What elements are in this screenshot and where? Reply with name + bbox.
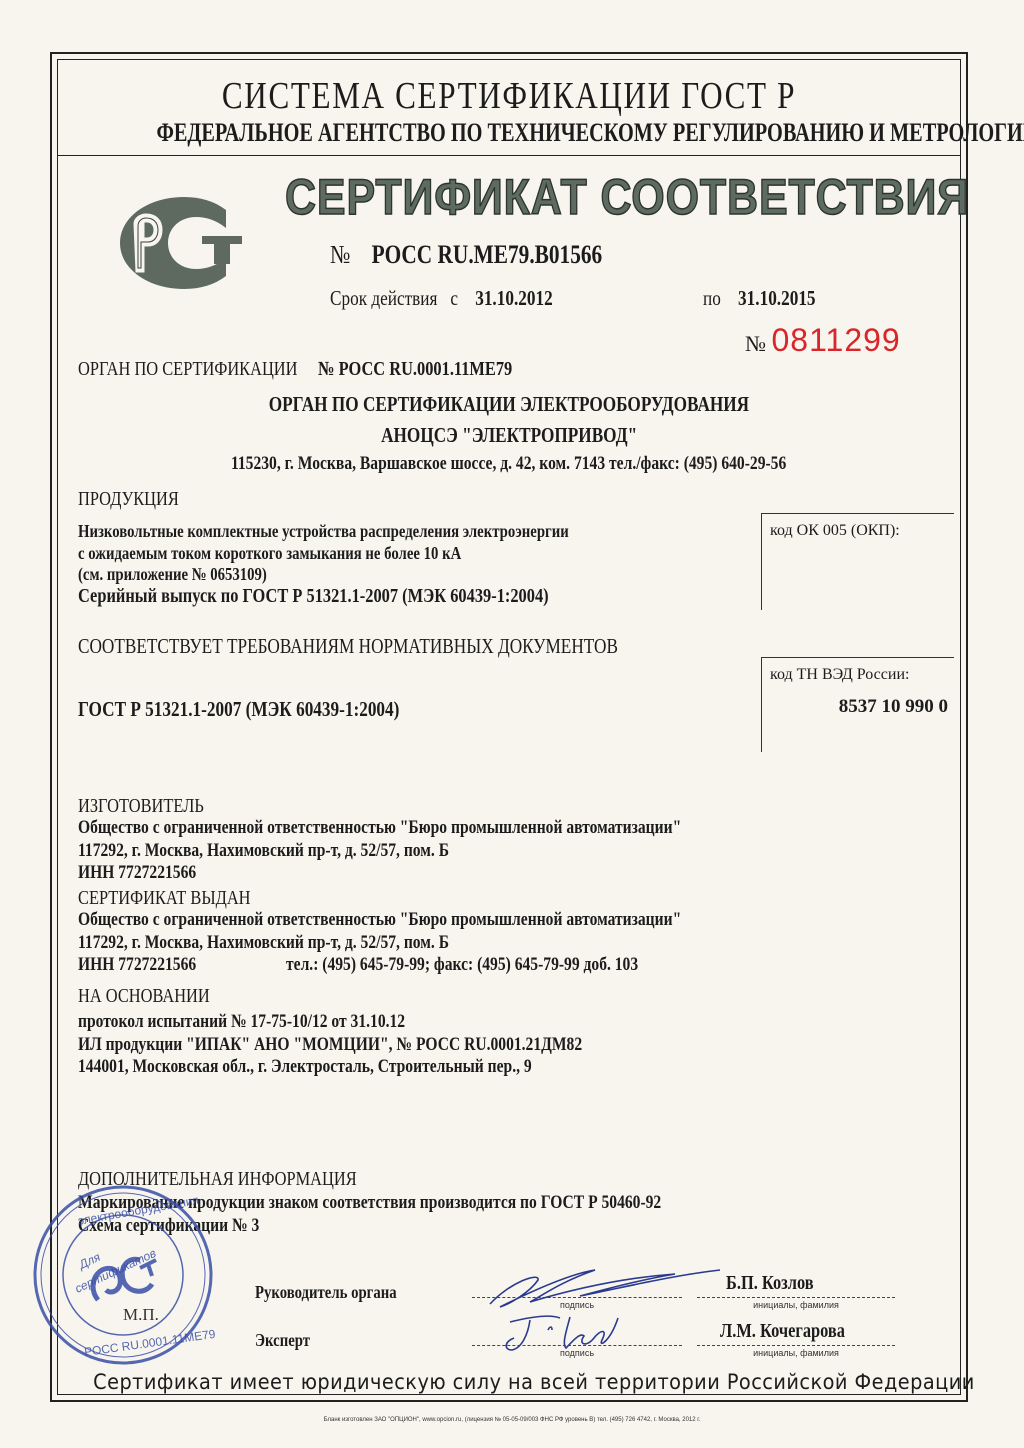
issued-to-inn: ИНН 7727221566: [78, 954, 196, 977]
issued-to-label: СЕРТИФИКАТ ВЫДАН: [78, 887, 288, 910]
rst-gost-mark-icon: [118, 196, 244, 290]
certificate-number: РОСС RU.МЕ79.В01566: [372, 240, 603, 269]
legal-note: Сертификат имеет юридическую силу на все…: [93, 1370, 925, 1394]
svg-text:Для: Для: [75, 1250, 103, 1273]
issued-to-details: Общество с ограниченной ответственностью…: [78, 909, 814, 977]
okp-code-box: код ОК 005 (ОКП):: [761, 513, 954, 610]
manufacturer-line: Общество с ограниченной ответственностью…: [78, 817, 681, 840]
certificate-number-row: № РОСС RU.МЕ79.В01566: [330, 240, 662, 270]
issued-to-label-text: СЕРТИФИКАТ ВЫДАН: [78, 887, 251, 910]
head-name-text: Б.П. Козлов: [726, 1272, 814, 1295]
certification-body-name-1-text: ОРГАН ПО СЕРТИФИКАЦИИ ЭЛЕКТРООБОРУДОВАНИ…: [269, 392, 749, 417]
blank-number-sign: №: [745, 331, 766, 356]
agency-name: ФЕДЕРАЛЬНОЕ АГЕНТСТВО ПО ТЕХНИЧЕСКОМУ РЕ…: [156, 118, 861, 148]
certification-body-name-2-text: АНОЦСЭ "ЭЛЕКТРОПРИВОД": [381, 423, 637, 448]
head-name-line: [697, 1297, 895, 1298]
product-line: Серийный выпуск по ГОСТ Р 51321.1-2007 (…: [78, 586, 549, 608]
valid-from: 31.10.2012: [475, 286, 552, 310]
certification-body-address-text: 115230, г. Москва, Варшавское шоссе, д. …: [231, 453, 786, 475]
seal-stamp-icon: электрооборудования Для сертификатов РОС…: [28, 1180, 218, 1370]
expert-label: Эксперт: [255, 1330, 322, 1351]
certification-body-name-2: АНОЦСЭ "ЭЛЕКТРОПРИВОД": [57, 423, 961, 448]
head-name-caption: инициалы, фамилия: [697, 1300, 895, 1310]
compliance-document-text: ГОСТ Р 51321.1-2007 (МЭК 60439-1:2004): [78, 697, 399, 722]
certification-body-address: 115230, г. Москва, Варшавское шоссе, д. …: [57, 453, 961, 475]
certification-body-label: ОРГАН ПО СЕРТИФИКАЦИИ: [78, 358, 297, 380]
expert-name: Л.М. Кочегарова: [720, 1320, 872, 1343]
blank-number: 0811299: [772, 322, 901, 358]
handwritten-signature-icon: [470, 1262, 720, 1362]
basis-line: ИЛ продукции "ИПАК" АНО "МОМЦИИ", № РОСС…: [78, 1034, 582, 1057]
product-line: Низковольтные комплектные устройства рас…: [78, 521, 569, 543]
product-line: с ожидаемым током короткого замыкания не…: [78, 543, 461, 565]
okp-label: код ОК 005 (ОКП):: [762, 514, 954, 540]
tnved-label: код ТН ВЭД России:: [762, 658, 954, 684]
issued-to-line: 117292, г. Москва, Нахимовский пр-т, д. …: [78, 932, 449, 955]
issued-to-contacts: тел.: (495) 645-79-99; факс: (495) 645-7…: [286, 954, 638, 977]
expert-name-text: Л.М. Кочегарова: [720, 1320, 845, 1343]
product-label: ПРОДУКЦИЯ: [78, 488, 201, 511]
product-line: (см. приложение № 0653109): [78, 564, 267, 586]
valid-to-row: по 31.10.2015: [703, 286, 840, 311]
basis-label-text: НА ОСНОВАНИИ: [78, 985, 210, 1008]
validity-row: Срок действия с 31.10.2012: [330, 286, 602, 311]
certificate-title: СЕРТИФИКАТ СООТВЕТСТВИЯ: [285, 168, 969, 226]
product-description: Низковольтные комплектные устройства рас…: [78, 521, 676, 607]
manufacturer-label-text: ИЗГОТОВИТЕЛЬ: [78, 795, 204, 818]
to-label: по: [703, 286, 721, 310]
expert-name-line: [697, 1345, 895, 1346]
compliance-label-text: СООТВЕТСТВУЕТ ТРЕБОВАНИЯМ НОРМАТИВНЫХ ДО…: [78, 634, 618, 659]
okp-value: [762, 540, 954, 552]
printer-note: Бланк изготовлен ЗАО "ОПЦИОН", www.opcio…: [0, 1417, 1024, 1423]
tnved-value: 8537 10 990 0: [762, 684, 954, 718]
compliance-document: ГОСТ Р 51321.1-2007 (МЭК 60439-1:2004): [78, 697, 470, 722]
expert-label-text: Эксперт: [255, 1330, 310, 1351]
head-label: Руководитель органа: [255, 1282, 428, 1303]
manufacturer-line: ИНН 7727221566: [78, 862, 196, 885]
issued-to-line: Общество с ограниченной ответственностью…: [78, 909, 681, 932]
basis-line: протокол испытаний № 17-75-10/12 от 31.1…: [78, 1011, 405, 1034]
system-title: СИСТЕМА СЕРТИФИКАЦИИ ГОСТ Р: [138, 74, 879, 118]
expert-name-caption: инициалы, фамилия: [697, 1348, 895, 1358]
manufacturer-label: ИЗГОТОВИТЕЛЬ: [78, 795, 231, 818]
product-label-text: ПРОДУКЦИЯ: [78, 488, 179, 511]
certification-body-row: ОРГАН ПО СЕРТИФИКАЦИИ № РОСС RU.0001.11М…: [78, 358, 608, 381]
manufacturer-line: 117292, г. Москва, Нахимовский пр-т, д. …: [78, 840, 449, 863]
stamp-mp-label: М.П.: [123, 1305, 159, 1324]
compliance-label: СООТВЕТСТВУЕТ ТРЕБОВАНИЯМ НОРМАТИВНЫХ ДО…: [78, 634, 737, 659]
manufacturer-details: Общество с ограниченной ответственностью…: [78, 817, 814, 885]
basis-line: 144001, Московская обл., г. Электросталь…: [78, 1056, 532, 1079]
basis-label: НА ОСНОВАНИИ: [78, 985, 239, 1008]
certification-body-name-1: ОРГАН ПО СЕРТИФИКАЦИИ ЭЛЕКТРООБОРУДОВАНИ…: [57, 392, 961, 417]
blank-number-row: № 0811299: [745, 322, 901, 359]
number-sign: №: [330, 240, 350, 269]
valid-to: 31.10.2015: [738, 286, 815, 310]
basis-details: протокол испытаний № 17-75-10/12 от 31.1…: [78, 1011, 693, 1079]
certification-body-reg: № РОСС RU.0001.11МЕ79: [318, 358, 512, 380]
head-name: Б.П. Козлов: [726, 1272, 833, 1295]
from-label: с: [450, 286, 458, 310]
tnved-code-box: код ТН ВЭД России: 8537 10 990 0: [761, 657, 954, 752]
head-label-text: Руководитель органа: [255, 1282, 397, 1303]
validity-label: Срок действия: [330, 286, 437, 310]
header-divider: [57, 155, 961, 156]
